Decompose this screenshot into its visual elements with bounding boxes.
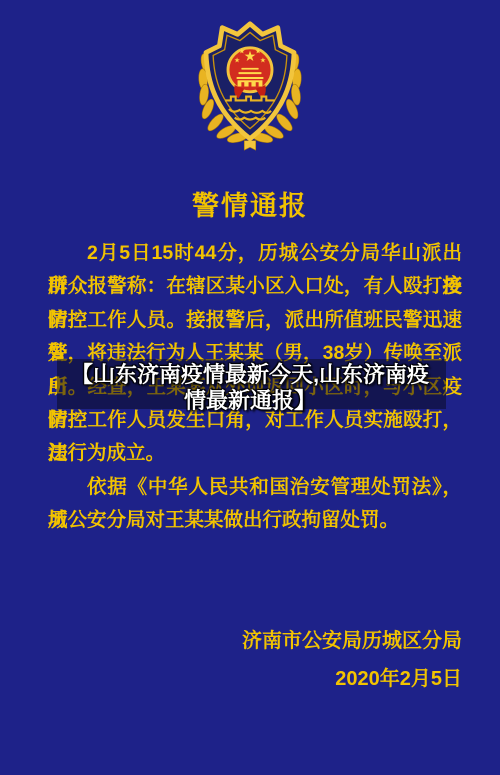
body-line: 群众报警称：在辖区某小区入口处，有人殴打疫情 bbox=[48, 270, 462, 303]
police-notice-poster: 警情通报 2月5日15时44分，历城公安分局华山派出所接 群众报警称：在辖区某小… bbox=[0, 0, 500, 775]
notice-footer: 济南市公安局历城区分局 2020年2月5日 bbox=[48, 622, 462, 698]
watermark-text: 【山东济南疫情最新今天,山东济南疫 情最新通报】 bbox=[0, 362, 500, 414]
watermark-line: 【山东济南疫情最新今天,山东济南疫 bbox=[0, 362, 500, 388]
body-line: 法行为成立。 bbox=[48, 437, 462, 470]
watermark-line: 情最新通报】 bbox=[0, 388, 500, 414]
issuing-agency: 济南市公安局历城区分局 bbox=[48, 622, 462, 660]
body-line: 防控工作人员。接报警后，派出所值班民警迅速处 bbox=[48, 304, 462, 337]
body-line: 2月5日15时44分，历城公安分局华山派出所接 bbox=[48, 237, 462, 270]
notice-title: 警情通报 bbox=[0, 184, 500, 223]
police-badge-icon bbox=[192, 20, 308, 154]
police-badge-svg bbox=[192, 20, 308, 154]
body-line: 城公安分局对王某某做出行政拘留处罚。 bbox=[48, 504, 462, 537]
issue-date: 2020年2月5日 bbox=[48, 660, 462, 698]
body-line: 依据《中华人民共和国治安管理处罚法》，历 bbox=[48, 471, 462, 504]
